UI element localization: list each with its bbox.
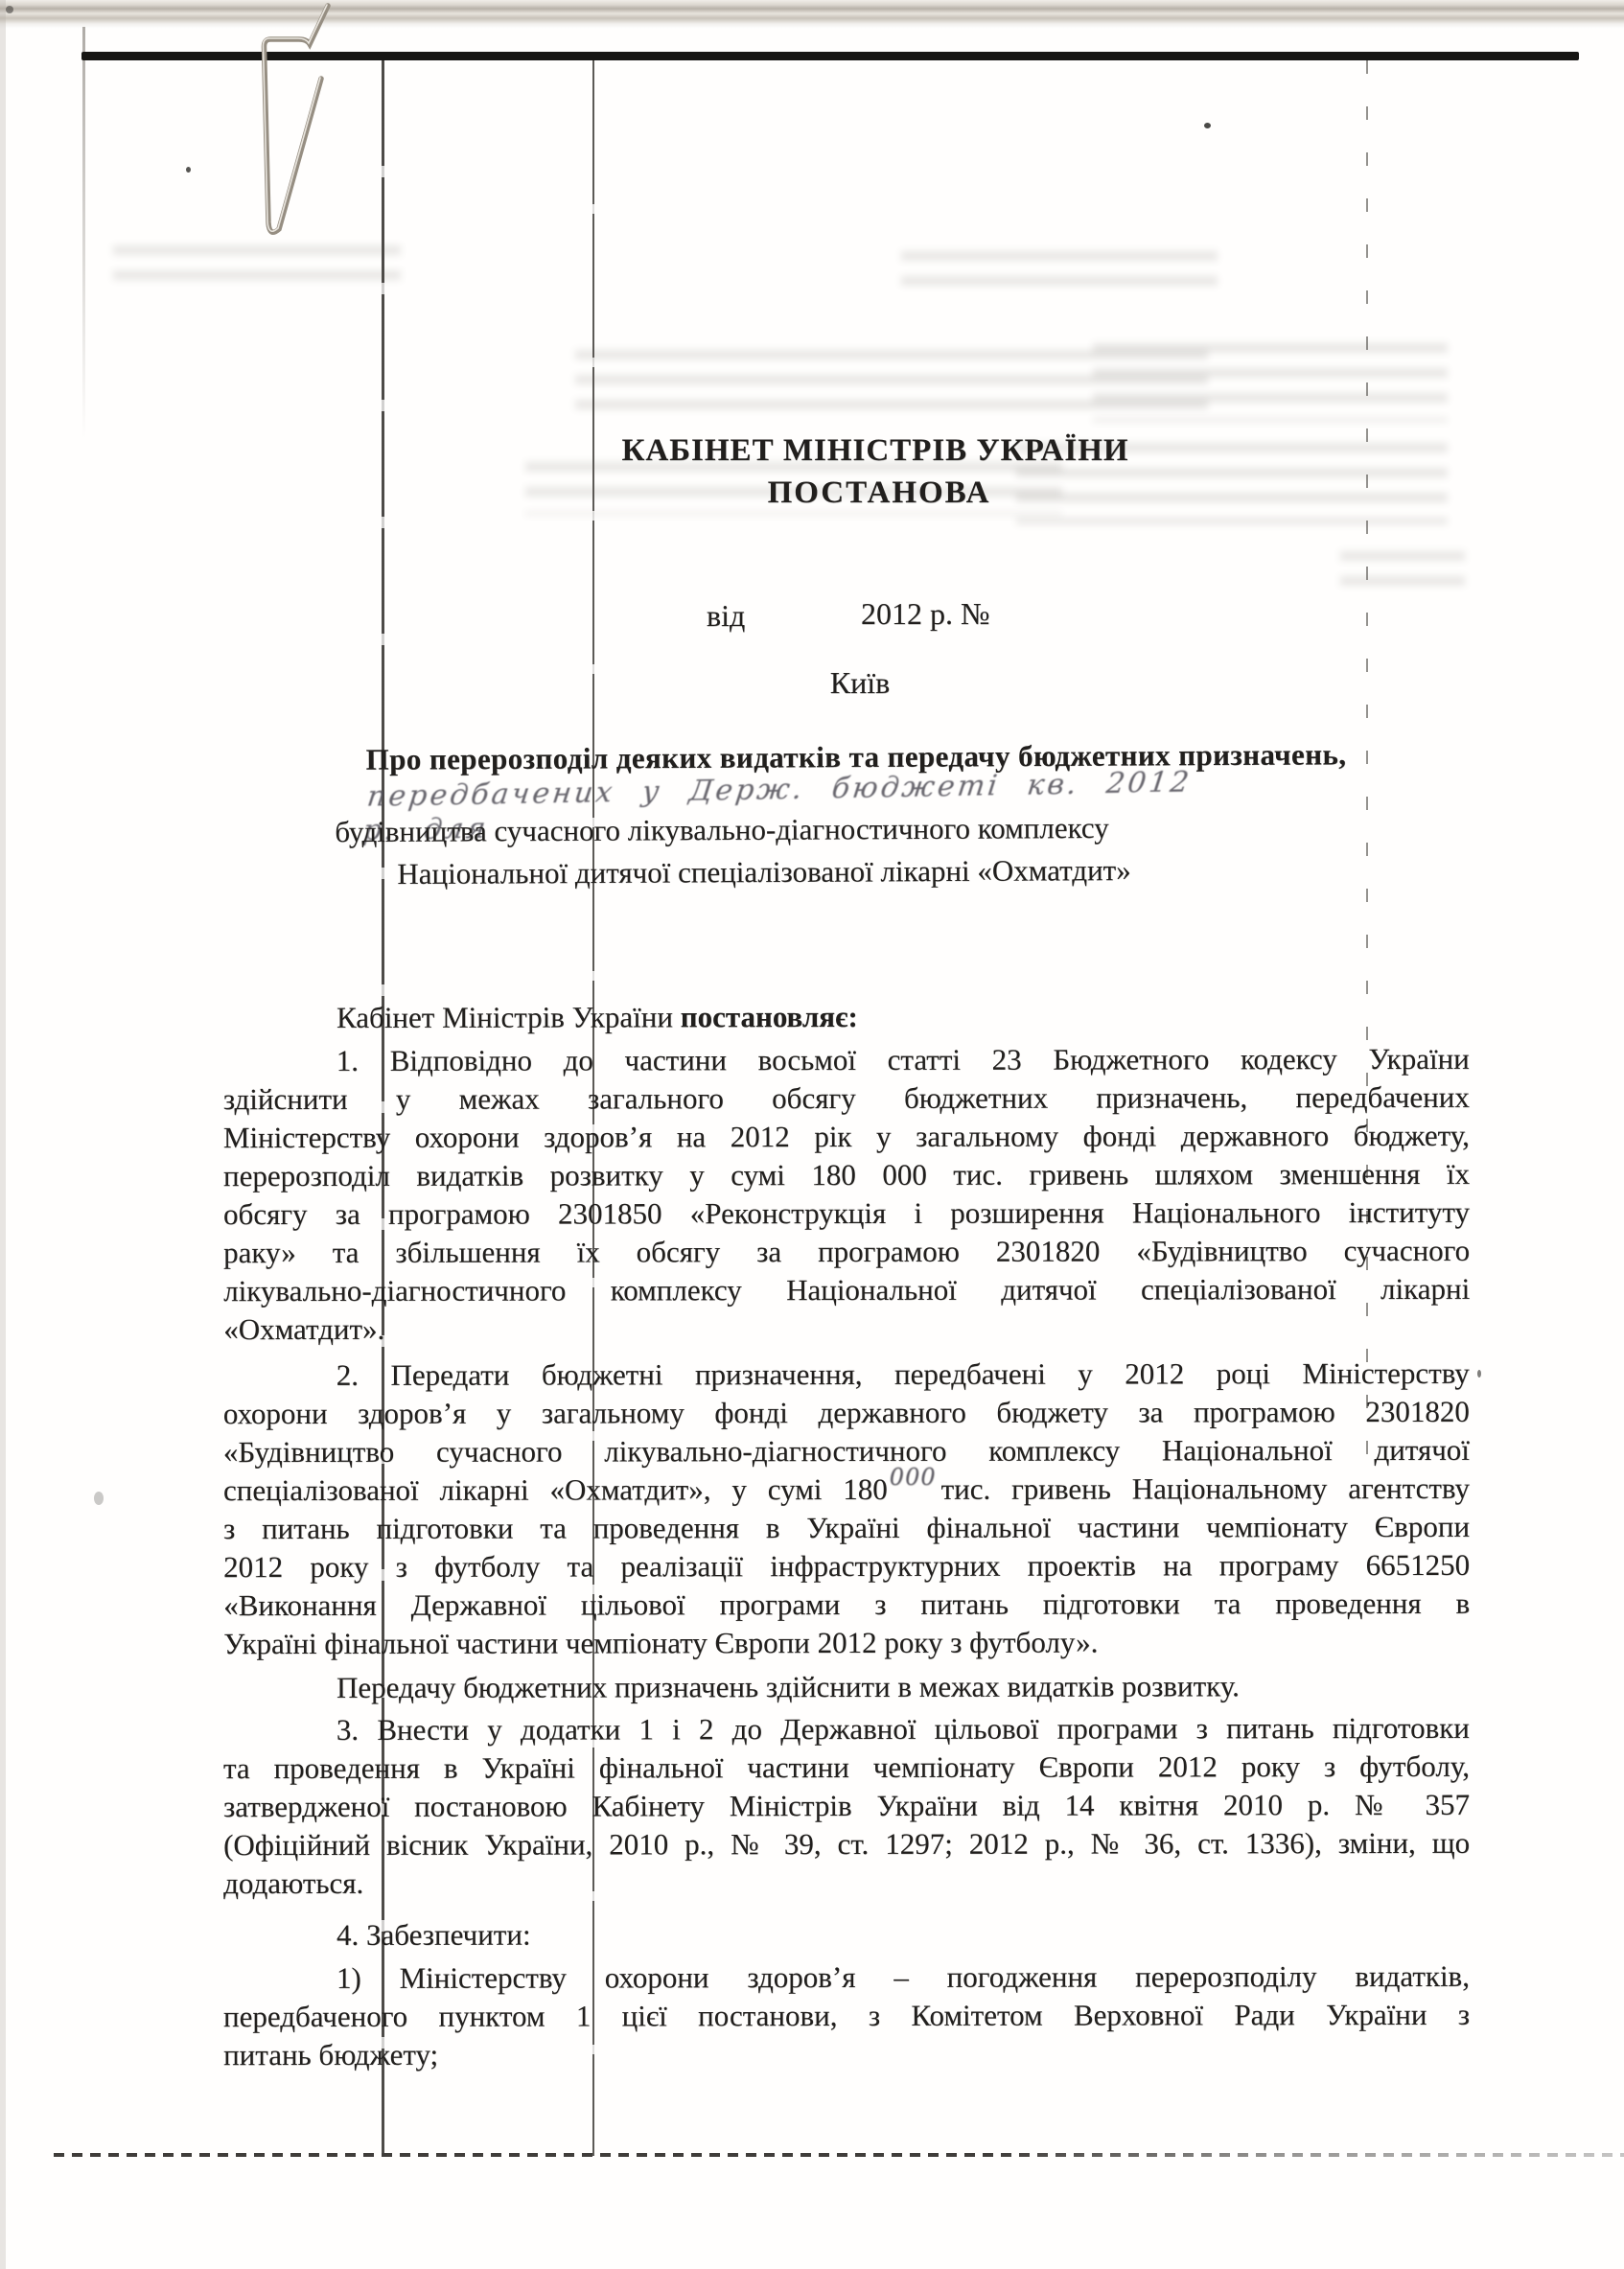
paragraph-4-line: та проведення в Україні фінальної частин…: [223, 1748, 1470, 1788]
paragraph-4-line: (Офіційний вісник України, 2010 р., № 39…: [223, 1824, 1470, 1864]
scan-speck: [94, 1492, 104, 1505]
scan-speck: [186, 167, 191, 173]
enacting-clause-lead: Кабінет Міністрів України: [336, 1000, 681, 1034]
scan-left-edge: [0, 0, 6, 2269]
paragraph-2-line: 2012 року з футболу та реалізації інфрас…: [223, 1546, 1470, 1586]
scanned-document-page: КАБІНЕТ МІНІСТРІВ УКРАЇНИ ПОСТАНОВА від …: [0, 0, 1624, 2269]
paragraph-2-line: «Виконання Державної цільової програми з…: [223, 1585, 1470, 1625]
enacting-clause-verb: постановляє:: [681, 1000, 858, 1033]
issuer-name: КАБІНЕТ МІНІСТРІВ УКРАЇНИ: [63, 433, 1624, 469]
paragraph-4: 3. Внести у додатки 1 і 2 до Державної ц…: [223, 1709, 1470, 1903]
paragraph-4-line: 3. Внести у додатки 1 і 2 до Державної ц…: [223, 1709, 1470, 1749]
bleed-through-smudge: [113, 245, 401, 295]
paragraph-2-line-part: спеціалізованої лікарні «Охматдит», у су…: [223, 1472, 888, 1507]
paragraph-3-line: Передачу бюджетних призначень здійснити …: [223, 1667, 1470, 1707]
paragraph-2-line: охорони здоров’я у загальному фонді держ…: [223, 1393, 1470, 1433]
paragraph-5: 4. Забезпечити:: [223, 1914, 1470, 1955]
paragraph-2-line: Україні фінальної частини чемпіонату Євр…: [223, 1623, 1470, 1663]
paragraph-4-line: затвердженої постановою Кабінету Міністр…: [223, 1786, 1470, 1826]
title-line-2: будівництва сучасного лікувально-діагнос…: [0, 809, 1534, 852]
date-from-label: від: [707, 598, 745, 634]
bleed-through-smudge: [1340, 551, 1465, 599]
document-type: ПОСТАНОВА: [67, 475, 1624, 511]
paragraph-1-line: обсягу за програмою 2301850 «Реконструкц…: [223, 1193, 1470, 1234]
paragraph-6-line: 1) Міністерству охорони здоров’я – погод…: [223, 1957, 1470, 1998]
paragraph-1-line: здійснити у межах загального обсягу бюдж…: [223, 1078, 1470, 1119]
bleed-through-smudge: [901, 251, 1218, 291]
paperclip-icon: [230, 0, 345, 254]
paragraph-1-line: «Охматдит».: [223, 1308, 1470, 1349]
title-line-3: Національної дитячої спеціалізованої лік…: [0, 851, 1576, 894]
paragraph-1-line: раку» та збільшення їх обсягу за програм…: [223, 1232, 1470, 1272]
bleed-through-smudge: [1093, 343, 1448, 422]
scan-speck: [1204, 123, 1211, 128]
scan-speck: [1477, 1370, 1481, 1378]
paragraph-1-line: 1. Відповідно до частини восьмої статті …: [223, 1040, 1470, 1080]
paragraph-6-line: питань бюджету;: [223, 2034, 1470, 2074]
handwritten-superscript-000: 000: [890, 1464, 937, 1491]
paragraph-1-line: Міністерству охорони здоров’я на 2012 рі…: [223, 1117, 1470, 1157]
paragraph-2-line-with-insert: спеціалізованої лікарні «Охматдит», у су…: [223, 1470, 1470, 1510]
paragraph-4-line: додаються.: [223, 1863, 1470, 1903]
paragraph-1-line: перерозподіл видатків розвитку у сумі 18…: [223, 1155, 1470, 1195]
paragraph-5-line: 4. Забезпечити:: [223, 1914, 1470, 1955]
paragraph-6: 1) Міністерству охорони здоров’я – погод…: [223, 1957, 1470, 2074]
paragraph-1-line: лікувально-діагностичного комплексу Наці…: [223, 1270, 1470, 1310]
paper-edge-shadow: [82, 27, 85, 439]
paragraph-6-line: передбаченого пунктом 1 цієї постанови, …: [223, 1996, 1470, 2036]
scan-speck: [6, 6, 13, 13]
paragraph-2-line: з питань підготовки та проведення в Укра…: [223, 1508, 1470, 1548]
paragraph-2-line: «Будівництво сучасного лікувально-діагно…: [223, 1431, 1470, 1471]
paragraph-2-line: 2. Передати бюджетні призначення, передб…: [223, 1354, 1470, 1395]
city-name: Київ: [48, 665, 1624, 701]
paragraph-2: 2. Передати бюджетні призначення, передб…: [223, 1354, 1471, 1663]
bottom-dashed-separator-fade: [54, 2151, 1624, 2159]
paragraph-3: Передачу бюджетних призначень здійснити …: [223, 1667, 1470, 1707]
paragraph-2-line-part: тис. гривень Національному агентству: [941, 1471, 1470, 1506]
paragraph-1: 1. Відповідно до частини восьмої статті …: [223, 1040, 1471, 1349]
enacting-clause: Кабінет Міністрів України постановляє:: [223, 997, 1470, 1037]
date-value: 2012 р. №: [861, 596, 990, 632]
